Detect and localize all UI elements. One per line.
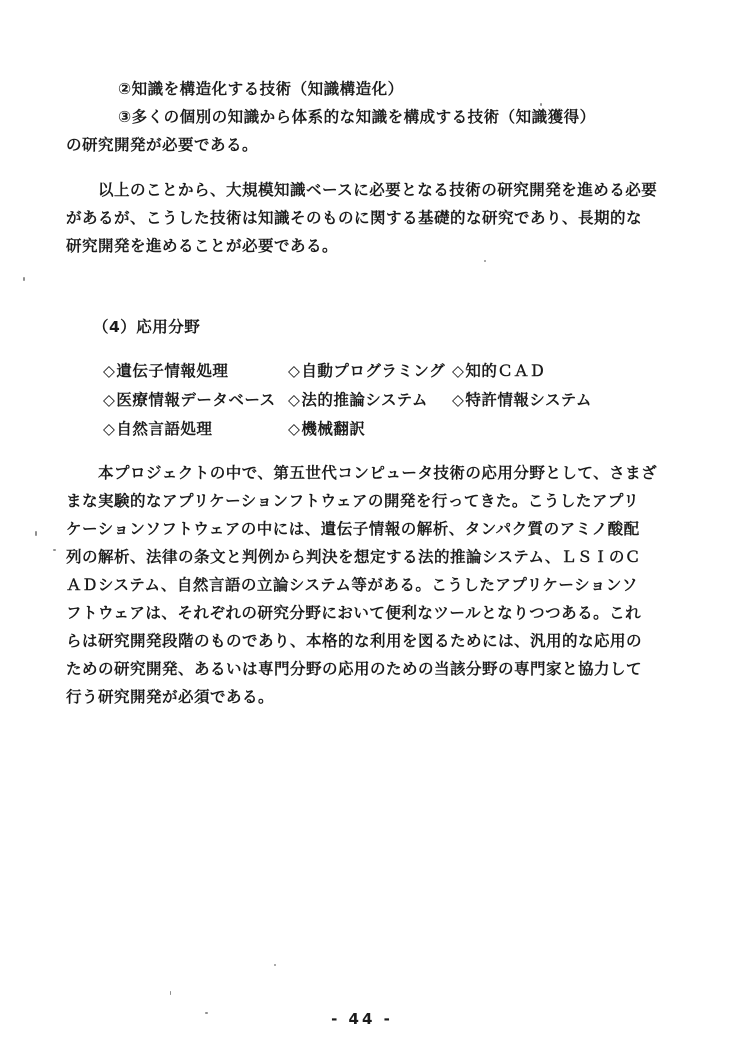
list-item: ◇機械翻訳	[288, 415, 365, 444]
list-item: ◇法的推論システム	[288, 386, 428, 415]
paragraph-applications: 本プロジェクトの中で、第五世代コンピュータ技術の応用分野として、さまざ まな実験…	[66, 459, 657, 711]
diamond-bullet-icon: ◇	[103, 391, 115, 409]
list-item-label: 知的ＣＡＤ	[465, 362, 545, 380]
list-item: ◇特許情報システム	[452, 386, 592, 415]
scan-speck	[53, 549, 56, 551]
list-item-label: 法的推論システム	[301, 391, 427, 409]
list-item-label: 医療情報データベース	[116, 391, 275, 409]
scan-speck	[484, 260, 486, 262]
application-fields-row: ◇医療情報データベース ◇法的推論システム ◇特許情報システム	[103, 386, 663, 415]
application-fields-row: ◇自然言語処理 ◇機械翻訳	[103, 415, 663, 444]
numbered-items: ②知識を構造化する技術（知識構造化） ③多くの個別の知識から体系的な知識を構成す…	[66, 75, 596, 159]
scan-speck	[274, 964, 276, 966]
paragraph-line: 本プロジェクトの中で、第五世代コンピュータ技術の応用分野として、さまざ	[66, 459, 657, 487]
scan-speck	[23, 277, 25, 281]
application-fields-row: ◇遺伝子情報処理 ◇自動プログラミング ◇知的ＣＡＤ	[103, 357, 663, 386]
list-item: ◇自然言語処理	[103, 415, 212, 444]
list-item: ◇知的ＣＡＤ	[452, 357, 545, 386]
numbered-item-3: ③多くの個別の知識から体系的な知識を構成する技術（知識獲得）	[66, 103, 596, 131]
paragraph-line: まな実験的なアプリケーションフトウェアの開発を行ってきた。こうしたアプリ	[66, 487, 657, 515]
section-heading: （4）応用分野	[93, 313, 200, 341]
paragraph-line: 以上のことから、大規模知識ベースに必要となる技術の研究開発を進める必要	[66, 176, 657, 204]
paragraph-line: らは研究開発段階のものであり、本格的な利用を図るためには、汎用的な応用の	[66, 627, 657, 655]
list-item: ◇自動プログラミング	[288, 357, 445, 386]
diamond-bullet-icon: ◇	[103, 362, 115, 380]
paragraph-line: 行う研究開発が必須である。	[66, 683, 657, 711]
paragraph-line: 列の解析、法律の条文と判例から判決を想定する法的推論システム、ＬＳＩのＣ	[66, 543, 657, 571]
document-page: ②知識を構造化する技術（知識構造化） ③多くの個別の知識から体系的な知識を構成す…	[0, 0, 750, 1054]
application-fields-list: ◇遺伝子情報処理 ◇自動プログラミング ◇知的ＣＡＤ ◇医療情報データベース ◇…	[103, 357, 663, 444]
list-item-label: 機械翻訳	[301, 420, 365, 438]
diamond-bullet-icon: ◇	[288, 362, 300, 380]
paragraph-line: ケーションソフトウェアの中には、遺伝子情報の解析、タンパク質のアミノ酸配	[66, 515, 657, 543]
scan-speck	[540, 103, 542, 106]
paragraph-line: ための研究開発、あるいは専門分野の応用のための当該分野の専門家と協力して	[66, 655, 657, 683]
list-item-label: 自然言語処理	[116, 420, 212, 438]
diamond-bullet-icon: ◇	[288, 391, 300, 409]
scan-speck	[205, 1012, 208, 1014]
diamond-bullet-icon: ◇	[288, 420, 300, 438]
list-item-label: 自動プログラミング	[301, 362, 445, 380]
diamond-bullet-icon: ◇	[452, 391, 464, 409]
numbered-item-2: ②知識を構造化する技術（知識構造化）	[66, 75, 596, 103]
numbered-items-closing-line: の研究開発が必要である。	[66, 131, 596, 159]
list-item: ◇遺伝子情報処理	[103, 357, 228, 386]
scan-speck	[35, 531, 37, 536]
paragraph-line: フトウェアは、それぞれの研究分野において便利なツールとなりつつある。これ	[66, 599, 657, 627]
paragraph-line: があるが、こうした技術は知識そのものに関する基礎的な研究であり、長期的な	[66, 204, 657, 232]
list-item-label: 遺伝子情報処理	[116, 362, 228, 380]
paragraph-summary: 以上のことから、大規模知識ベースに必要となる技術の研究開発を進める必要 があるが…	[66, 176, 657, 260]
page-number: - 44 -	[0, 1005, 737, 1033]
list-item: ◇医療情報データベース	[103, 386, 276, 415]
scan-speck	[170, 991, 171, 995]
paragraph-line: 研究開発を進めることが必要である。	[66, 232, 657, 260]
diamond-bullet-icon: ◇	[103, 420, 115, 438]
paragraph-line: ＡＤシステム、自然言語の立論システム等がある。こうしたアプリケーションソ	[66, 571, 657, 599]
list-item-label: 特許情報システム	[465, 391, 591, 409]
diamond-bullet-icon: ◇	[452, 362, 464, 380]
